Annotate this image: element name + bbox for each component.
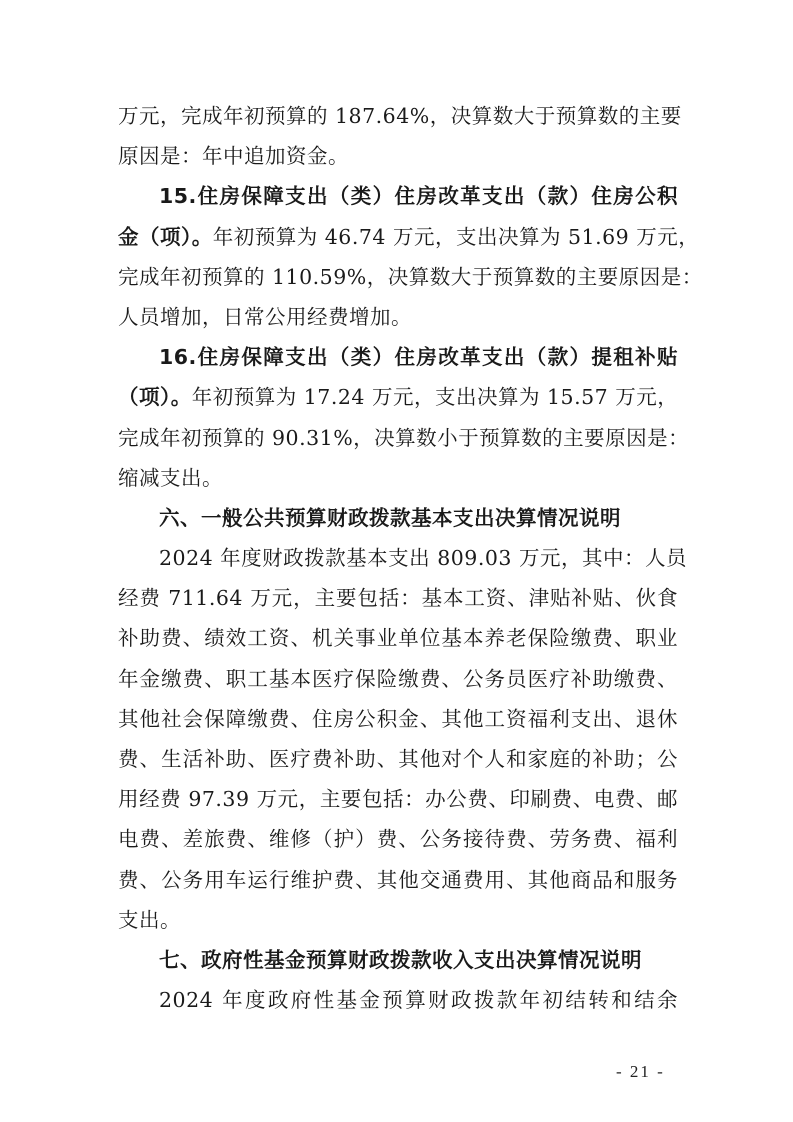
paragraph-line: 电费、差旅费、维修（护）费、公务接待费、劳务费、福利: [118, 819, 678, 859]
paragraph-line: 2024 年度政府性基金预算财政拨款年初结转和结余: [118, 980, 678, 1020]
paragraph-line: 完成年初预算的 90.31%，决算数小于预算数的主要原因是：: [118, 418, 678, 458]
paragraph-line: 经费 711.64 万元，主要包括：基本工资、津贴补贴、伙食: [118, 578, 678, 618]
paragraph-line: 2024 年度财政拨款基本支出 809.03 万元，其中：人员: [118, 538, 678, 578]
item-15-title-end: 金（项）。: [118, 225, 213, 249]
paragraph-line: 完成年初预算的 110.59%，决算数大于预算数的主要原因是：: [118, 257, 678, 297]
paragraph-line: 金（项）。年初预算为 46.74 万元，支出决算为 51.69 万元，: [118, 217, 678, 257]
paragraph-line: 原因是：年中追加资金。: [118, 136, 678, 176]
paragraph-line: 用经费 97.39 万元，主要包括：办公费、印刷费、电费、邮: [118, 779, 678, 819]
section-7-heading: 七、政府性基金预算财政拨款收入支出决算情况说明: [118, 940, 678, 980]
document-body: 万元，完成年初预算的 187.64%，决算数大于预算数的主要 原因是：年中追加资…: [118, 96, 678, 1020]
paragraph-line: 人员增加，日常公用经费增加。: [118, 297, 678, 337]
page-number: - 21 -: [616, 1062, 665, 1082]
paragraph-line: （项）。年初预算为 17.24 万元，支出决算为 15.57 万元，: [118, 377, 678, 417]
paragraph-line: 年金缴费、职工基本医疗保险缴费、公务员医疗补助缴费、: [118, 659, 678, 699]
paragraph-line: 万元，完成年初预算的 187.64%，决算数大于预算数的主要: [118, 96, 678, 136]
item-16-title-end: （项）。: [118, 385, 192, 409]
item-16-text: 年初预算为 17.24 万元，支出决算为 15.57 万元，: [192, 385, 678, 409]
paragraph-line: 缩减支出。: [118, 458, 678, 498]
paragraph-line: 费、公务用车运行维护费、其他交通费用、其他商品和服务: [118, 860, 678, 900]
paragraph-line: 费、生活补助、医疗费补助、其他对个人和家庭的补助；公: [118, 739, 678, 779]
item-16-title: 16.住房保障支出（类）住房改革支出（款）提租补贴: [118, 337, 678, 377]
item-15-title: 15.住房保障支出（类）住房改革支出（款）住房公积: [118, 176, 678, 216]
paragraph-line: 其他社会保障缴费、住房公积金、其他工资福利支出、退休: [118, 699, 678, 739]
paragraph-line: 支出。: [118, 900, 678, 940]
paragraph-line: 补助费、绩效工资、机关事业单位基本养老保险缴费、职业: [118, 618, 678, 658]
section-6-heading: 六、一般公共预算财政拨款基本支出决算情况说明: [118, 498, 678, 538]
item-15-text: 年初预算为 46.74 万元，支出决算为 51.69 万元，: [213, 225, 699, 249]
